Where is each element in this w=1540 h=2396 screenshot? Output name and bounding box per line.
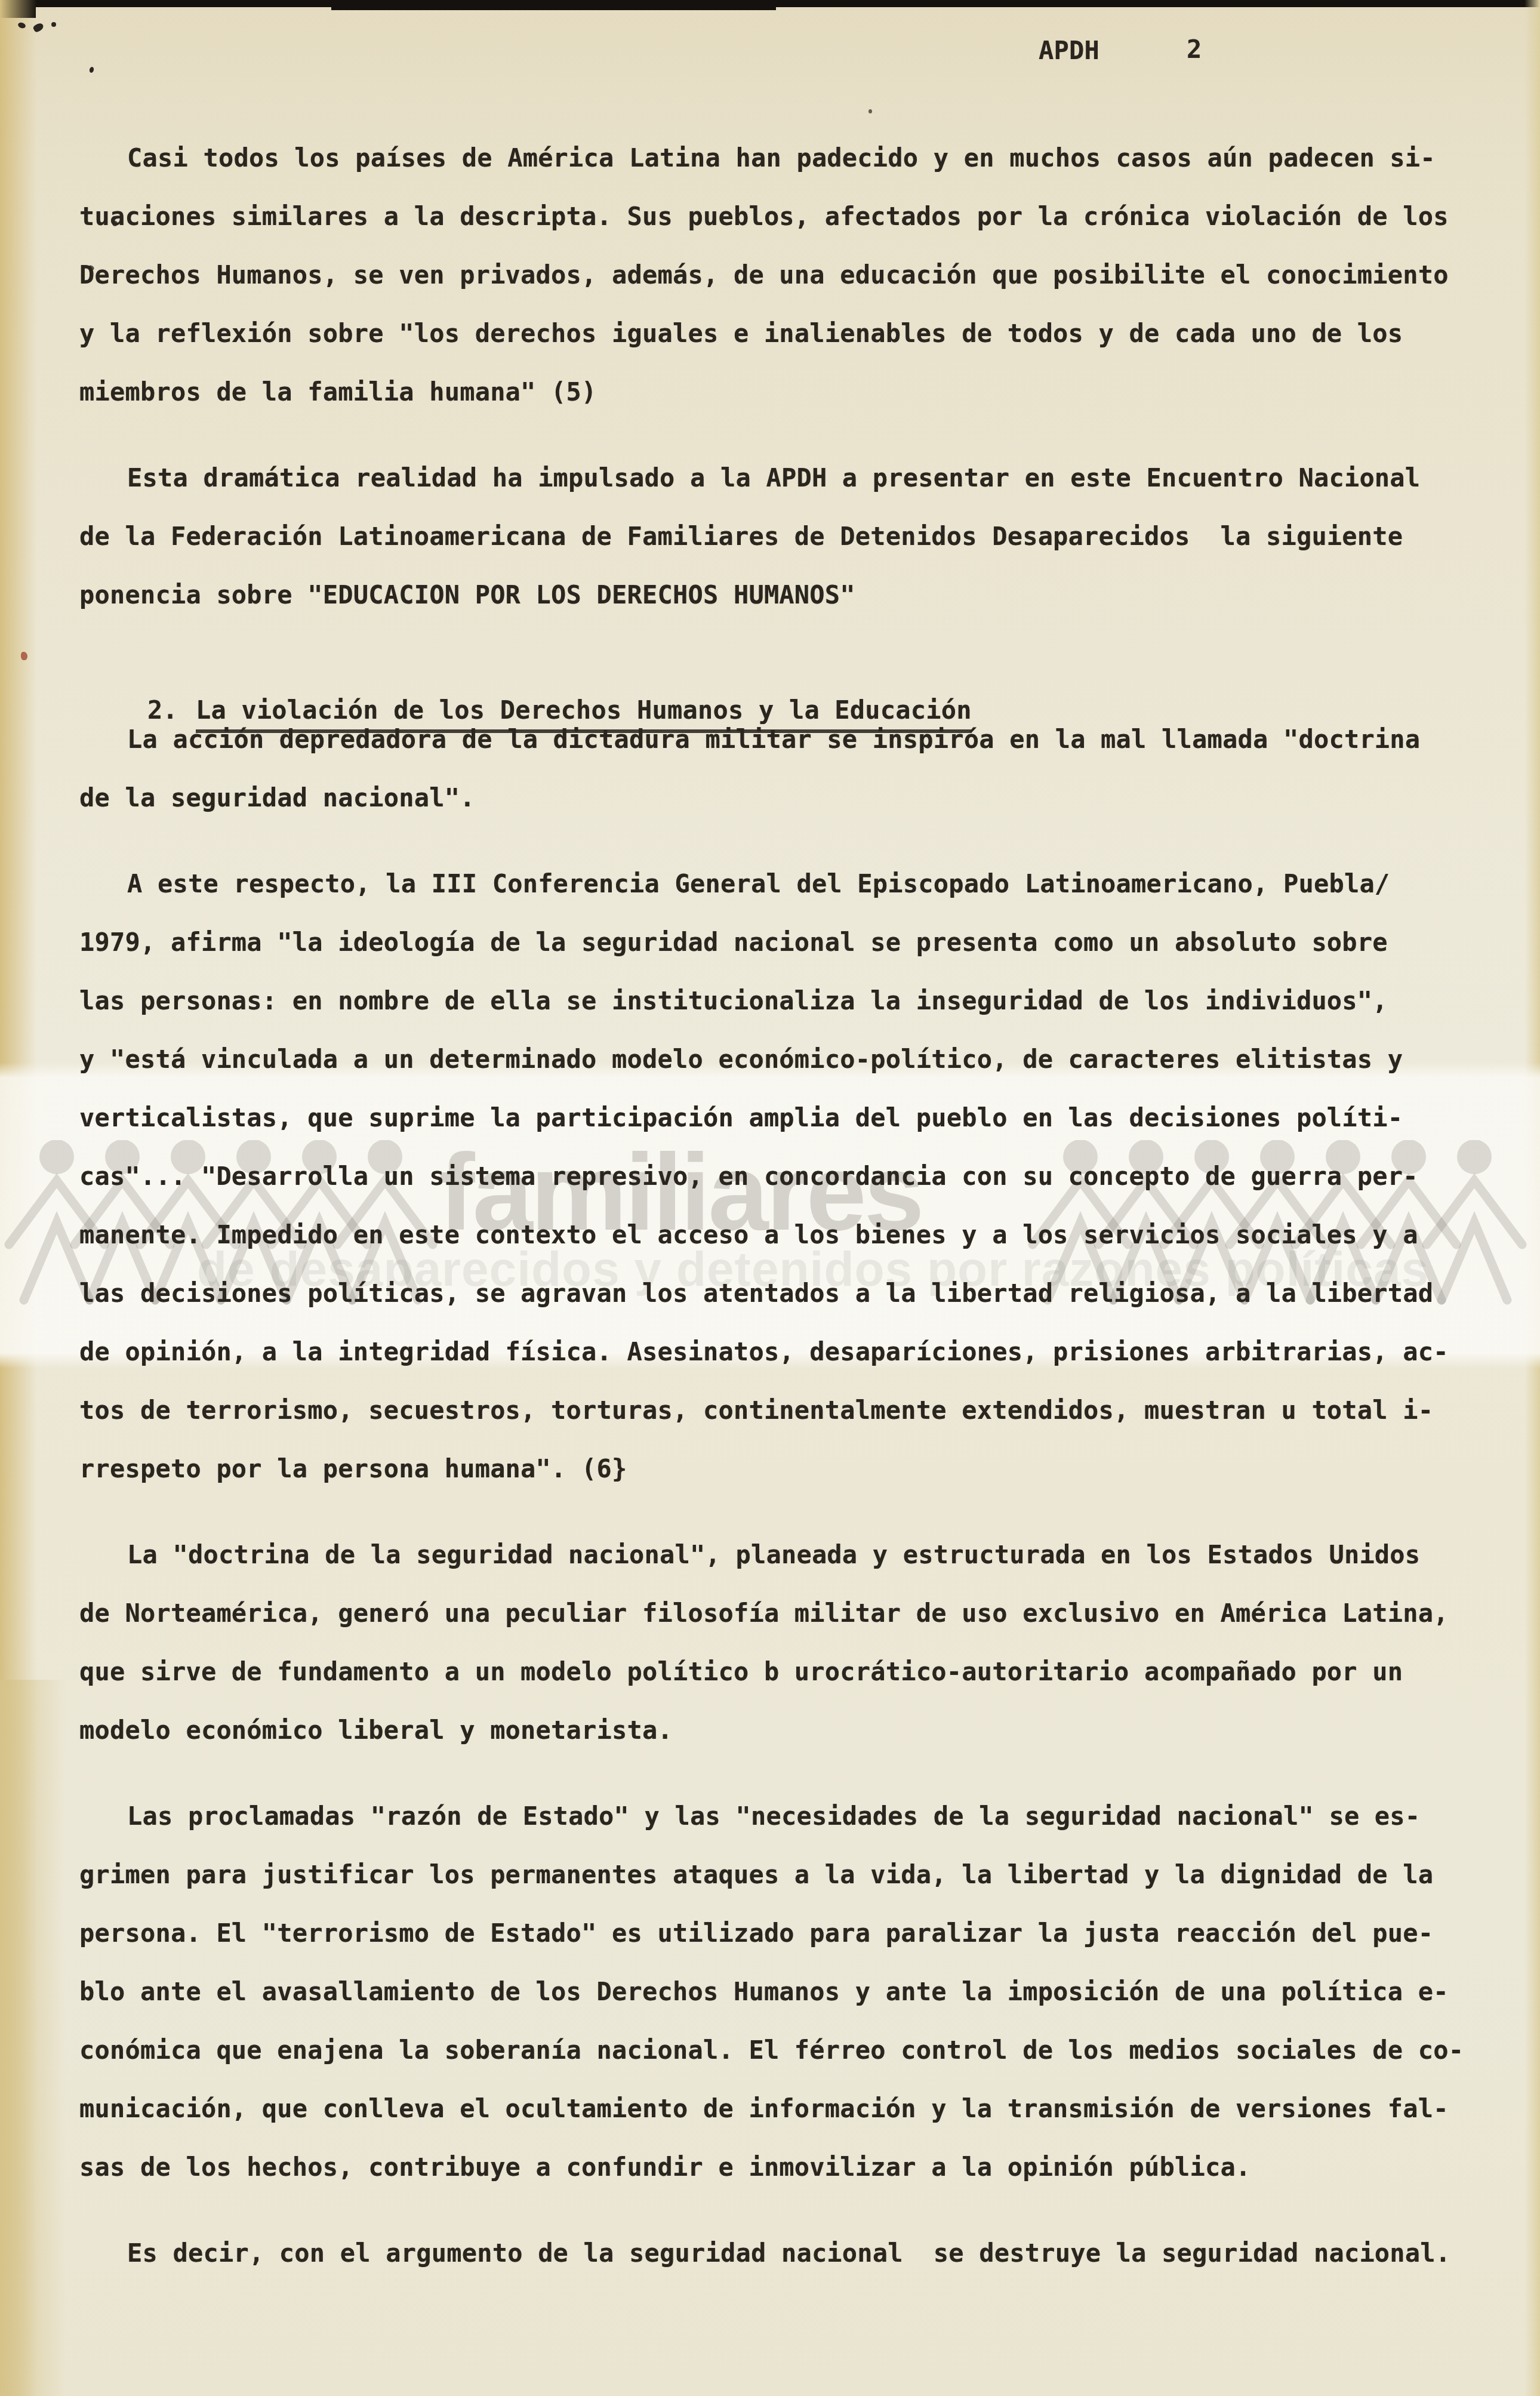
text-line: modelo económico liberal y monetarista. [79,1716,673,1745]
scan-edge-top-segment [331,0,776,10]
text-line: tos de terrorismo, secuestros, torturas,… [79,1396,1433,1425]
text-line: miembros de la familia humana" (5) [79,377,597,406]
text-line: y "está vinculada a un determinado model… [79,1045,1403,1074]
page-edge-left-bottom [0,1680,66,2396]
text-line: de Norteamérica, generó una peculiar fil… [79,1599,1449,1628]
header-org-label: APDH [1039,36,1099,65]
text-line: de la seguridad nacional". [79,783,475,812]
text-line: persona. El "terrorismo de Estado" es ut… [79,1918,1433,1948]
text-line: conómica que enajena la soberanía nacion… [79,2035,1464,2065]
text-line: 1979, afirma "la ideología de la segurid… [79,928,1388,957]
header-page-number: 2 [1187,35,1202,64]
text-line: blo ante el avasallamiento de los Derech… [79,1977,1449,2006]
text-line: manente. Impedido en este contexto el ac… [79,1220,1418,1249]
ink-speck [21,652,27,660]
text-line: municación, que conlleva el ocultamiento… [79,2094,1449,2123]
document-page: familiares de desaparecidos y detenidos … [0,0,1540,2396]
text-line: las decisiones políticas, se agravan los… [79,1279,1433,1308]
text-line: rrespeto por la persona humana". (6} [79,1454,627,1483]
text-line: Es decir, con el argumento de la segurid… [127,2238,1450,2268]
text-line: cas"... "Desarrolla un sistema represivo… [79,1162,1418,1191]
text-line: Las proclamadas "razón de Estado" y las … [127,1801,1420,1831]
text-line: que sirve de fundamento a un modelo polí… [79,1657,1403,1686]
text-line: La acción depredadora de la dictadura mi… [127,725,1420,754]
text-line: tuaciones similares a la descripta. Sus … [79,202,1449,231]
text-line: Esta dramática realidad ha impulsado a l… [127,463,1420,492]
text-line: Derechos Humanos, se ven privados, ademá… [79,260,1449,290]
text-line: de la Federación Latinoamericana de Fami… [79,522,1403,551]
ink-speck [51,22,56,27]
text-line: A este respecto, la III Conferencia Gene… [127,869,1390,898]
ink-speck [868,109,872,113]
text-line: las personas: en nombre de ella se insti… [79,986,1388,1015]
text-line: de opinión, a la integridad física. Ases… [79,1337,1449,1366]
text-line: sas de los hechos, contribuye a confundi… [79,2152,1251,2182]
section-number: 2. [147,695,178,725]
text-line: grimen para justificar los permanentes a… [79,1860,1433,1889]
text-line: ponencia sobre "EDUCACION POR LOS DERECH… [79,580,855,609]
ink-speck [89,66,94,73]
text-line: Casi todos los países de América Latina … [127,143,1436,173]
text-line: La "doctrina de la seguridad nacional", … [127,1540,1420,1569]
text-line: verticalistas, que suprime la participac… [79,1103,1403,1132]
text-line: y la reflexión sobre "los derechos igual… [79,319,1403,348]
